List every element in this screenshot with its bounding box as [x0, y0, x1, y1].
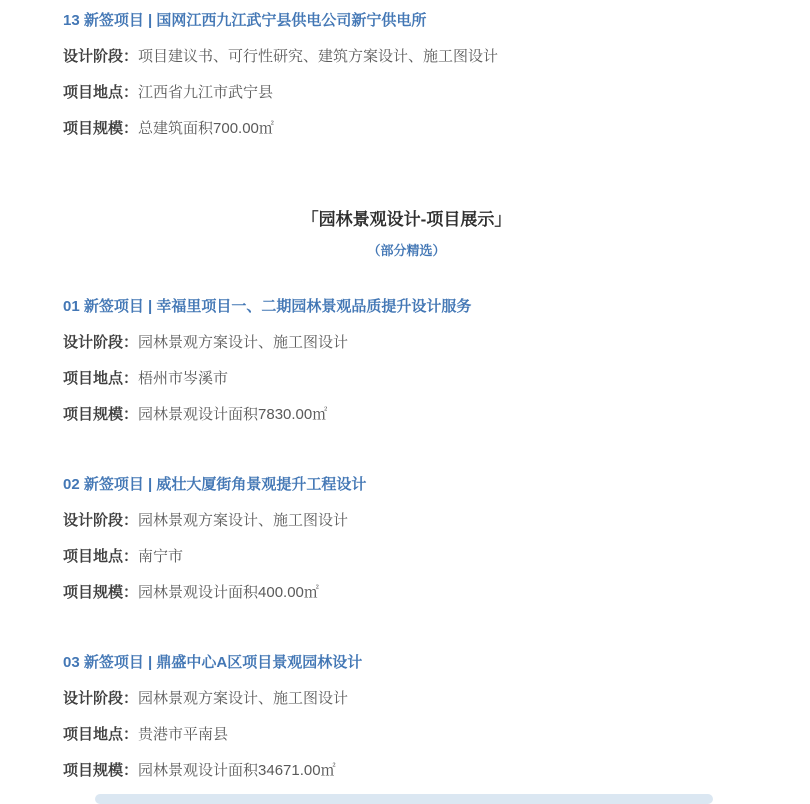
- field-value: 总建筑面积700.00㎡: [138, 120, 274, 137]
- field-value: 园林景观设计面积400.00㎡: [138, 584, 319, 601]
- field-label: 项目规模：: [63, 120, 138, 137]
- field-value: 梧州市岑溪市: [138, 370, 228, 387]
- project-field-location: 项目地点：贵港市平南县: [63, 725, 750, 744]
- project-field-design-stage: 设计阶段：园林景观方案设计、施工图设计: [63, 511, 750, 530]
- article-page: 13 新签项目 | 国网江西九江武宁县供电公司新宁供电所 设计阶段：项目建议书、…: [0, 0, 810, 804]
- project-title: 02 新签项目 | 威壮大厦街角景观提升工程设计: [63, 475, 750, 494]
- section-header: 「园林景观设计-项目展示」 （部分精选）: [63, 209, 750, 258]
- field-label: 项目地点：: [63, 726, 138, 743]
- field-label: 设计阶段：: [63, 48, 138, 65]
- field-label: 设计阶段：: [63, 334, 138, 351]
- project-field-scale: 项目规模：总建筑面积700.00㎡: [63, 119, 750, 138]
- project-title: 13 新签项目 | 国网江西九江武宁县供电公司新宁供电所: [63, 11, 750, 30]
- field-label: 项目规模：: [63, 584, 138, 601]
- project-field-scale: 项目规模：园林景观设计面积7830.00㎡: [63, 405, 750, 424]
- project-block-02: 02 新签项目 | 威壮大厦街角景观提升工程设计 设计阶段：园林景观方案设计、施…: [63, 475, 750, 602]
- section-subtitle: （部分精选）: [63, 244, 750, 258]
- article-content: 13 新签项目 | 国网江西九江武宁县供电公司新宁供电所 设计阶段：项目建议书、…: [0, 0, 810, 780]
- field-label: 项目规模：: [63, 406, 138, 423]
- project-block-13: 13 新签项目 | 国网江西九江武宁县供电公司新宁供电所 设计阶段：项目建议书、…: [63, 11, 750, 138]
- project-field-design-stage: 设计阶段：项目建议书、可行性研究、建筑方案设计、施工图设计: [63, 47, 750, 66]
- field-label: 设计阶段：: [63, 690, 138, 707]
- field-value: 园林景观方案设计、施工图设计: [138, 690, 348, 707]
- field-value: 贵港市平南县: [138, 726, 228, 743]
- field-label: 设计阶段：: [63, 512, 138, 529]
- bottom-divider-bar: [95, 794, 713, 804]
- project-block-01: 01 新签项目 | 幸福里项目一、二期园林景观品质提升设计服务 设计阶段：园林景…: [63, 297, 750, 424]
- field-value: 项目建议书、可行性研究、建筑方案设计、施工图设计: [138, 48, 498, 65]
- project-field-scale: 项目规模：园林景观设计面积34671.00㎡: [63, 761, 750, 780]
- field-value: 园林景观方案设计、施工图设计: [138, 334, 348, 351]
- project-field-design-stage: 设计阶段：园林景观方案设计、施工图设计: [63, 333, 750, 352]
- field-label: 项目地点：: [63, 548, 138, 565]
- field-label: 项目规模：: [63, 762, 138, 779]
- project-field-design-stage: 设计阶段：园林景观方案设计、施工图设计: [63, 689, 750, 708]
- project-block-03: 03 新签项目 | 鼎盛中心A区项目景观园林设计 设计阶段：园林景观方案设计、施…: [63, 653, 750, 780]
- field-value: 园林景观设计面积7830.00㎡: [138, 406, 327, 423]
- project-title: 03 新签项目 | 鼎盛中心A区项目景观园林设计: [63, 653, 750, 672]
- project-field-location: 项目地点：江西省九江市武宁县: [63, 83, 750, 102]
- field-value: 园林景观方案设计、施工图设计: [138, 512, 348, 529]
- project-field-scale: 项目规模：园林景观设计面积400.00㎡: [63, 583, 750, 602]
- project-field-location: 项目地点：南宁市: [63, 547, 750, 566]
- field-label: 项目地点：: [63, 370, 138, 387]
- field-label: 项目地点：: [63, 84, 138, 101]
- field-value: 园林景观设计面积34671.00㎡: [138, 762, 336, 779]
- project-title: 01 新签项目 | 幸福里项目一、二期园林景观品质提升设计服务: [63, 297, 750, 316]
- field-value: 江西省九江市武宁县: [138, 84, 273, 101]
- section-title: 「园林景观设计-项目展示」: [63, 209, 750, 231]
- field-value: 南宁市: [138, 548, 183, 565]
- project-field-location: 项目地点：梧州市岑溪市: [63, 369, 750, 388]
